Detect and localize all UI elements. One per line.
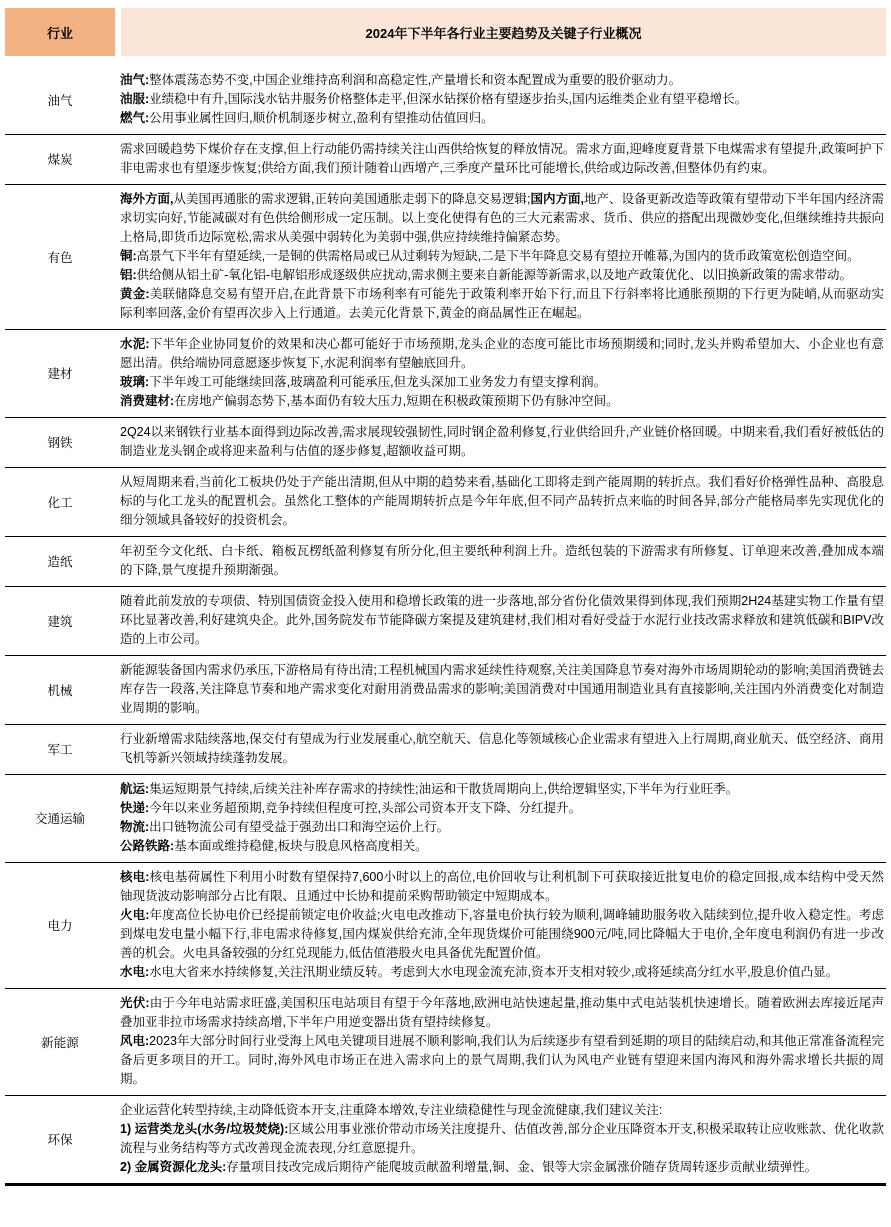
table-row: 有色海外方面,从美国再通胀的需求逻辑,正转向美国通胀走弱下的降息交易逻辑;国内方… (5, 185, 886, 330)
trend-item-lead: 水泥: (120, 337, 150, 351)
trend-item-lead: 水电: (120, 965, 149, 979)
trend-item-lead: 铜: (120, 249, 137, 263)
trend-item-text: 从美国再通胀的需求逻辑,正转向美国通胀走弱下的降息交易逻辑; (173, 192, 530, 206)
trend-item-lead: 核电: (120, 870, 149, 884)
industry-trend-content: 年初至今文化纸、白卡纸、箱板瓦楞纸盈利修复有所分化,但主要纸种利润上升。造纸包装… (115, 542, 886, 580)
header-cell-industry: 行业 (5, 8, 115, 56)
trend-item: 年初至今文化纸、白卡纸、箱板瓦楞纸盈利修复有所分化,但主要纸种利润上升。造纸包装… (120, 542, 884, 580)
trend-item-text: 下半年企业协同复价的效果和决心都可能好于市场预期,龙头企业的态度可能比市场预期缓… (120, 337, 884, 370)
table-row: 建筑随着此前发放的专项债、特别国债资金投入使用和稳增长政策的进一步落地,部分省份… (5, 587, 886, 656)
table-header-row: 行业 2024年下半年各行业主要趋势及关键子行业概况 (5, 8, 886, 56)
trend-item-lead: 光伏: (120, 996, 150, 1010)
trend-item-text: 企业运营化转型持续,主动降低资本开支,注重降本增效,专注业绩稳健性与现金流健康,… (120, 1103, 662, 1117)
trend-item: 玻璃:下半年竣工可能继续回落,玻璃盈利可能承压,但龙头深加工业务发力有望支撑利润… (120, 373, 884, 392)
trend-item: 油气:整体震荡态势不变,中国企业维持高利润和高稳定性,产量增长和资本配置成为重要… (120, 71, 884, 90)
table-row: 机械新能源装备国内需求仍承压,下游格局有待出清;工程机械国内需求延续性待观察,关… (5, 656, 886, 725)
industry-trend-content: 2Q24以来钢铁行业基本面得到边际改善,需求展现较强韧性,同时钢企盈利修复,行业… (115, 423, 886, 461)
trend-item: 水泥:下半年企业协同复价的效果和决心都可能好于市场预期,龙头企业的态度可能比市场… (120, 335, 884, 373)
trend-item-lead: 黄金: (120, 287, 150, 301)
industry-trend-content: 水泥:下半年企业协同复价的效果和决心都可能好于市场预期,龙头企业的态度可能比市场… (115, 335, 886, 411)
industry-trend-content: 海外方面,从美国再通胀的需求逻辑,正转向美国通胀走弱下的降息交易逻辑;国内方面,… (115, 190, 886, 323)
trend-item: 铝:供给侧从铝土矿-氧化铝-电解铝形成逐级供应扰动,需求侧主要来自新能源等新需求… (120, 266, 884, 285)
trend-item-text: 年初至今文化纸、白卡纸、箱板瓦楞纸盈利修复有所分化,但主要纸种利润上升。造纸包装… (120, 544, 884, 577)
trend-item-text: 集运短期景气持续,后续关注补库存需求的持续性;油运和干散货周期向上,供给逻辑坚实… (149, 782, 738, 796)
industry-label: 电力 (5, 868, 115, 982)
industry-label: 化工 (5, 473, 115, 530)
trend-item: 需求回暖趋势下煤价存在支撑,但上行动能仍需持续关注山西供给恢复的释放情况。需求方… (120, 140, 884, 178)
trend-item-text: 今年以来业务超预期,竞争持续但程度可控,头部公司资本开支下降、分红提升。 (149, 801, 581, 815)
table-row: 化工从短周期来看,当前化工板块仍处于产能出清期,但从中期的趋势来看,基础化工即将… (5, 468, 886, 537)
trend-item: 2Q24以来钢铁行业基本面得到边际改善,需求展现较强韧性,同时钢企盈利修复,行业… (120, 423, 884, 461)
trend-item-text: 随着此前发放的专项债、特别国债资金投入使用和稳增长政策的进一步落地,部分省份化债… (120, 594, 884, 646)
trend-item-text: 需求回暖趋势下煤价存在支撑,但上行动能仍需持续关注山西供给恢复的释放情况。需求方… (120, 142, 884, 175)
trend-item: 风电:2023年大部分时间行业受海上风电关键项目进展不顺利影响,我们认为后续逐步… (120, 1032, 884, 1089)
trend-item: 快递:今年以来业务超预期,竞争持续但程度可控,头部公司资本开支下降、分红提升。 (120, 799, 884, 818)
trend-item: 海外方面,从美国再通胀的需求逻辑,正转向美国通胀走弱下的降息交易逻辑;国内方面,… (120, 190, 884, 247)
trend-item-text: 供给侧从铝土矿-氧化铝-电解铝形成逐级供应扰动,需求侧主要来自新能源等新需求,以… (137, 268, 852, 282)
trend-item-text: 出口链物流公司有望受益于强劲出口和海空运价上行。 (149, 820, 449, 834)
industry-trends-table: 行业 2024年下半年各行业主要趋势及关键子行业概况 油气油气:整体震荡态势不变… (0, 0, 891, 1192)
trend-item-lead: 海外方面, (120, 192, 173, 206)
industry-label: 环保 (5, 1101, 115, 1177)
table-row: 新能源光伏:由于今年电站需求旺盛,美国积压电站项目有望于今年落地,欧洲电站快速起… (5, 989, 886, 1096)
industry-label: 有色 (5, 190, 115, 323)
trend-item-text: 2023年大部分时间行业受海上风电关键项目进展不顺利影响,我们认为后续逐步有望看… (120, 1034, 884, 1086)
trend-item-lead: 铝: (120, 268, 137, 282)
trend-item-text: 水电大省来水持续修复,关注汛期业绩反转。考虑到大水电现金流充沛,资本开支相对较少… (149, 965, 838, 979)
table-row: 环保企业运营化转型持续,主动降低资本开支,注重降本增效,专注业绩稳健性与现金流健… (5, 1096, 886, 1186)
trend-item-text: 业绩稳中有升,国际浅水钻井服务价格整体走平,但深水钻探价格有望逐步抬头,国内运维… (149, 92, 747, 106)
trend-item-lead: 2) 金属资源化龙头: (120, 1160, 226, 1174)
industry-trend-content: 航运:集运短期景气持续,后续关注补库存需求的持续性;油运和干散货周期向上,供给逻… (115, 780, 886, 856)
trend-item-lead: 玻璃: (120, 375, 149, 389)
industry-label: 钢铁 (5, 423, 115, 461)
table-row: 建材水泥:下半年企业协同复价的效果和决心都可能好于市场预期,龙头企业的态度可能比… (5, 330, 886, 418)
trend-item-lead: 国内方面, (530, 192, 583, 206)
trend-item: 物流:出口链物流公司有望受益于强劲出口和海空运价上行。 (120, 818, 884, 837)
trend-item-text: 高景气下半年有望延续,一是铜的供需格局或已从过剩转为短缺,二是下半年降息交易有望… (137, 249, 860, 263)
table-row: 油气油气:整体震荡态势不变,中国企业维持高利润和高稳定性,产量增长和资本配置成为… (5, 66, 886, 135)
trend-item: 燃气:公用事业属性回归,顺价机制逐步树立,盈利有望推动估值回归。 (120, 109, 884, 128)
trend-item: 从短周期来看,当前化工板块仍处于产能出清期,但从中期的趋势来看,基础化工即将走到… (120, 473, 884, 530)
trend-item-lead: 油气: (120, 73, 149, 87)
table-row: 交通运输航运:集运短期景气持续,后续关注补库存需求的持续性;油运和干散货周期向上… (5, 775, 886, 863)
table-row: 钢铁2Q24以来钢铁行业基本面得到边际改善,需求展现较强韧性,同时钢企盈利修复,… (5, 418, 886, 468)
industry-label: 机械 (5, 661, 115, 718)
trend-item-lead: 火电: (120, 908, 149, 922)
trend-item: 随着此前发放的专项债、特别国债资金投入使用和稳增长政策的进一步落地,部分省份化债… (120, 592, 884, 649)
industry-label: 新能源 (5, 994, 115, 1089)
trend-item-text: 下半年竣工可能继续回落,玻璃盈利可能承压,但龙头深加工业务发力有望支撑利润。 (149, 375, 606, 389)
trend-item-text: 从短周期来看,当前化工板块仍处于产能出清期,但从中期的趋势来看,基础化工即将走到… (120, 475, 884, 527)
trend-item-text: 公用事业属性回归,顺价机制逐步树立,盈利有望推动估值回归。 (149, 111, 493, 125)
industry-label: 交通运输 (5, 780, 115, 856)
industry-trend-content: 核电:核电基荷属性下利用小时数有望保持7,600小时以上的高位,电价回收与让利机… (115, 868, 886, 982)
trend-item: 消费建材:在房地产偏弱态势下,基本面仍有较大压力,短期在积极政策预期下仍有脉冲空… (120, 392, 884, 411)
industry-label: 军工 (5, 730, 115, 768)
industry-trend-content: 需求回暖趋势下煤价存在支撑,但上行动能仍需持续关注山西供给恢复的释放情况。需求方… (115, 140, 886, 178)
trend-item: 光伏:由于今年电站需求旺盛,美国积压电站项目有望于今年落地,欧洲电站快速起量,推… (120, 994, 884, 1032)
trend-item-text: 美联储降息交易有望开启,在此背景下市场利率有可能先于政策利率开始下行,而且下行斜… (120, 287, 884, 320)
header-cell-overview: 2024年下半年各行业主要趋势及关键子行业概况 (121, 8, 886, 56)
trend-item-lead: 公路铁路: (120, 839, 174, 853)
trend-item-text: 在房地产偏弱态势下,基本面仍有较大压力,短期在积极政策预期下仍有脉冲空间。 (174, 394, 618, 408)
trend-item: 黄金:美联储降息交易有望开启,在此背景下市场利率有可能先于政策利率开始下行,而且… (120, 285, 884, 323)
industry-trend-content: 新能源装备国内需求仍承压,下游格局有待出清;工程机械国内需求延续性待观察,关注美… (115, 661, 886, 718)
trend-item-text: 行业新增需求陆续落地,保交付有望成为行业发展重心,航空航天、信息化等领域核心企业… (120, 732, 884, 765)
trend-item: 公路铁路:基本面或维持稳健,板块与股息风格高度相关。 (120, 837, 884, 856)
industry-label: 建筑 (5, 592, 115, 649)
trend-item: 行业新增需求陆续落地,保交付有望成为行业发展重心,航空航天、信息化等领域核心企业… (120, 730, 884, 768)
trend-item: 水电:水电大省来水持续修复,关注汛期业绩反转。考虑到大水电现金流充沛,资本开支相… (120, 963, 884, 982)
industry-label: 造纸 (5, 542, 115, 580)
trend-item-text: 2Q24以来钢铁行业基本面得到边际改善,需求展现较强韧性,同时钢企盈利修复,行业… (120, 425, 884, 458)
trend-item-text: 由于今年电站需求旺盛,美国积压电站项目有望于今年落地,欧洲电站快速起量,推动集中… (120, 996, 884, 1029)
industry-trend-content: 油气:整体震荡态势不变,中国企业维持高利润和高稳定性,产量增长和资本配置成为重要… (115, 71, 886, 128)
trend-item-lead: 燃气: (120, 111, 149, 125)
trend-item: 油服:业绩稳中有升,国际浅水钻井服务价格整体走平,但深水钻探价格有望逐步抬头,国… (120, 90, 884, 109)
trend-item-text: 核电基荷属性下利用小时数有望保持7,600小时以上的高位,电价回收与让利机制下可… (120, 870, 884, 903)
trend-item-text: 基本面或维持稳健,板块与股息风格高度相关。 (174, 839, 427, 853)
trend-item-lead: 油服: (120, 92, 149, 106)
industry-trend-content: 光伏:由于今年电站需求旺盛,美国积压电站项目有望于今年落地,欧洲电站快速起量,推… (115, 994, 886, 1089)
table-row: 造纸年初至今文化纸、白卡纸、箱板瓦楞纸盈利修复有所分化,但主要纸种利润上升。造纸… (5, 537, 886, 587)
trend-item: 1) 运营类龙头(水务/垃圾焚烧):区域公用事业涨价带动市场关注度提升、估值改善… (120, 1120, 884, 1158)
trend-item-lead: 物流: (120, 820, 149, 834)
trend-item-lead: 航运: (120, 782, 149, 796)
industry-label: 建材 (5, 335, 115, 411)
trend-item-text: 年度高位长协电价已经提前锁定电价收益;火电电改推动下,容量电价执行较为顺利,调峰… (120, 908, 884, 960)
industry-trend-content: 企业运营化转型持续,主动降低资本开支,注重降本增效,专注业绩稳健性与现金流健康,… (115, 1101, 886, 1177)
industry-label: 油气 (5, 71, 115, 128)
trend-item-lead: 消费建材: (120, 394, 174, 408)
trend-item: 新能源装备国内需求仍承压,下游格局有待出清;工程机械国内需求延续性待观察,关注美… (120, 661, 884, 718)
industry-trend-content: 随着此前发放的专项债、特别国债资金投入使用和稳增长政策的进一步落地,部分省份化债… (115, 592, 886, 649)
table-row: 军工行业新增需求陆续落地,保交付有望成为行业发展重心,航空航天、信息化等领域核心… (5, 725, 886, 775)
trend-item: 2) 金属资源化龙头:存量项目技改完成后期待产能爬坡贡献盈利增量,铜、金、银等大… (120, 1158, 884, 1177)
trend-item-lead: 风电: (120, 1034, 149, 1048)
trend-item-lead: 快递: (120, 801, 149, 815)
trend-item: 火电:年度高位长协电价已经提前锁定电价收益;火电电改推动下,容量电价执行较为顺利… (120, 906, 884, 963)
trend-item-text: 整体震荡态势不变,中国企业维持高利润和高稳定性,产量增长和资本配置成为重要的股价… (149, 73, 681, 87)
industry-trend-content: 行业新增需求陆续落地,保交付有望成为行业发展重心,航空航天、信息化等领域核心企业… (115, 730, 886, 768)
trend-item-text: 新能源装备国内需求仍承压,下游格局有待出清;工程机械国内需求延续性待观察,关注美… (120, 663, 884, 715)
trend-item: 核电:核电基荷属性下利用小时数有望保持7,600小时以上的高位,电价回收与让利机… (120, 868, 884, 906)
trend-item-lead: 1) 运营类龙头(水务/垃圾焚烧): (120, 1122, 288, 1136)
table-row: 电力核电:核电基荷属性下利用小时数有望保持7,600小时以上的高位,电价回收与让… (5, 863, 886, 989)
table-body: 油气油气:整体震荡态势不变,中国企业维持高利润和高稳定性,产量增长和资本配置成为… (5, 66, 886, 1186)
industry-trend-content: 从短周期来看,当前化工板块仍处于产能出清期,但从中期的趋势来看,基础化工即将走到… (115, 473, 886, 530)
table-row: 煤炭需求回暖趋势下煤价存在支撑,但上行动能仍需持续关注山西供给恢复的释放情况。需… (5, 135, 886, 185)
trend-item: 航运:集运短期景气持续,后续关注补库存需求的持续性;油运和干散货周期向上,供给逻… (120, 780, 884, 799)
trend-item: 铜:高景气下半年有望延续,一是铜的供需格局或已从过剩转为短缺,二是下半年降息交易… (120, 247, 884, 266)
industry-label: 煤炭 (5, 140, 115, 178)
trend-item: 企业运营化转型持续,主动降低资本开支,注重降本增效,专注业绩稳健性与现金流健康,… (120, 1101, 884, 1120)
trend-item-text: 存量项目技改完成后期待产能爬坡贡献盈利增量,铜、金、银等大宗金属涨价随存货周转逐… (226, 1160, 817, 1174)
